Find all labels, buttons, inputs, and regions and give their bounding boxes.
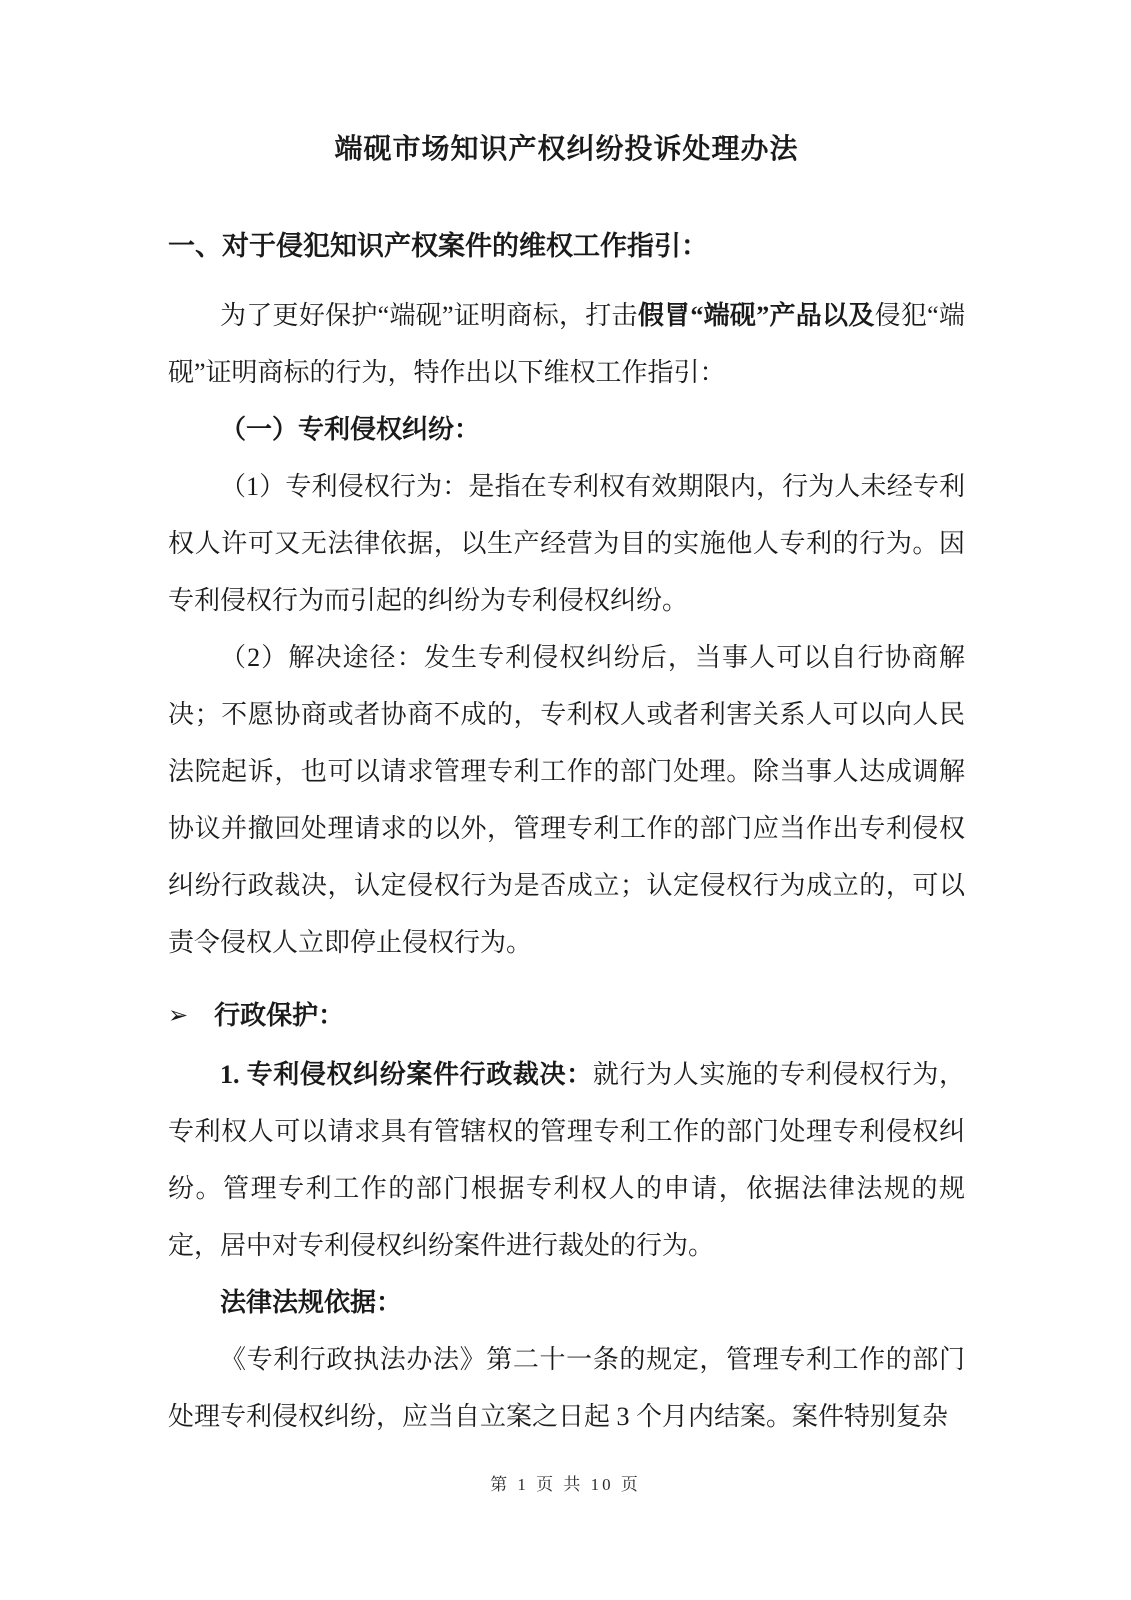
paragraph-resolution-channels: （2）解决途径：发生专利侵权纠纷后，当事人可以自行协商解决；不愿协商或者协商不成… xyxy=(168,629,965,971)
paragraph-intro: 为了更好保护“端砚”证明商标，打击假冒“端砚”产品以及侵犯“端砚”证明商标的行为… xyxy=(168,287,965,401)
bullet-item-administrative-protection: ➢行政保护： xyxy=(168,987,965,1046)
page-footer: 第 1 页 共 10 页 xyxy=(0,1472,1131,1498)
paragraph-patent-infringement-definition: （1）专利侵权行为：是指在专利权有效期限内，行为人未经专利权人许可又无法律依据，… xyxy=(168,458,965,629)
paragraph-administrative-ruling: 1. 专利侵权纠纷案件行政裁决：就行为人实施的专利侵权行为，专利权人可以请求具有… xyxy=(168,1046,965,1274)
paragraph-administrative-ruling-body: 就行为人实施的专利侵权行为，专利权人可以请求具有管辖权的管理专利工作的部门处理专… xyxy=(168,1060,965,1260)
paragraph-intro-bold-emphasis: 假冒“端砚”产品以及 xyxy=(638,301,875,330)
section-heading-legal-basis: 法律法规依据： xyxy=(168,1274,965,1331)
document-content: 端砚市场知识产权纠纷投诉处理办法 一、对于侵犯知识产权案件的维权工作指引： 为了… xyxy=(0,0,1131,1445)
document-title: 端砚市场知识产权纠纷投诉处理办法 xyxy=(168,128,965,172)
page-number-label: 第 1 页 共 10 页 xyxy=(490,1475,641,1494)
arrow-bullet-icon: ➢ xyxy=(168,988,188,1045)
paragraph-intro-pre: 为了更好保护“端砚”证明商标，打击 xyxy=(220,301,638,330)
section-heading-patent-dispute: （一）专利侵权纠纷： xyxy=(168,401,965,458)
paragraph-administrative-ruling-heading: 1. 专利侵权纠纷案件行政裁决： xyxy=(220,1060,593,1089)
section-heading-level1: 一、对于侵犯知识产权案件的维权工作指引： xyxy=(168,218,965,275)
paragraph-legal-basis: 《专利行政执法办法》第二十一条的规定，管理专利工作的部门处理专利侵权纠纷，应当自… xyxy=(168,1331,965,1445)
document-page: 端砚市场知识产权纠纷投诉处理办法 一、对于侵犯知识产权案件的维权工作指引： 为了… xyxy=(0,0,1131,1600)
bullet-item-label: 行政保护： xyxy=(214,1001,344,1030)
